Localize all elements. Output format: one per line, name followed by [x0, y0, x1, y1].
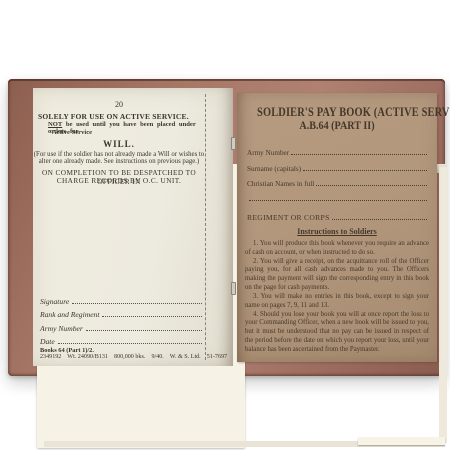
- photo-of-pay-book: 20 SOLELY FOR USE ON ACTIVE SERVICE. NOT…: [0, 0, 450, 450]
- dotted-rule: [102, 316, 202, 317]
- imprint-book-ref: Books 64 (Part 1)/2.: [40, 347, 94, 354]
- christian-names-label: Christian Names in full: [247, 180, 314, 188]
- army-number-field: Army Number: [40, 319, 202, 333]
- dotted-rule: [249, 200, 427, 201]
- army-number-field: Army Number: [247, 142, 427, 157]
- signature-field: Signature: [40, 292, 202, 306]
- army-number-label: Army Number: [40, 324, 83, 333]
- signature-label: Signature: [40, 297, 69, 306]
- surname-field: Surname (capitals): [247, 157, 427, 173]
- imprint-print-codes: 2349192 Wt. 24090/B131 800,000 bks. 9/40…: [40, 354, 227, 360]
- right-page-pay-book-cover: SOLDIER'S PAY BOOK (ACTIVE SERVICE) A.B.…: [237, 93, 437, 362]
- instructions-title: Instructions to Soldiers: [237, 227, 437, 236]
- instruction-2: 2. You will give a receipt, on the acqui…: [245, 258, 429, 293]
- bottom-right-page-edge: [358, 437, 445, 445]
- dotted-rule: [332, 219, 427, 220]
- not-word: NOT: [48, 121, 62, 128]
- dotted-rule: [316, 185, 427, 186]
- pay-book-title: SOLDIER'S PAY BOOK (ACTIVE SERVICE): [257, 104, 417, 120]
- identity-fields: Army Number Surname (capitals) Christian…: [247, 142, 427, 222]
- right-page-edge: [439, 167, 447, 443]
- instruction-3: 3. You will make no entries in this book…: [245, 293, 429, 311]
- instructions-paragraphs: 1. You will produce this book whenever y…: [245, 240, 429, 355]
- surname-label: Surname (capitals): [247, 165, 301, 173]
- dotted-rule: [291, 154, 427, 155]
- rank-regiment-field: Rank and Regiment: [40, 306, 202, 320]
- staple-icon: [231, 282, 236, 295]
- dotted-rule: [303, 170, 427, 171]
- christian-names-field: Christian Names in full: [247, 173, 427, 189]
- instruction-1: 1. You will produce this book whenever y…: [245, 240, 429, 258]
- staple-icon: [231, 137, 236, 150]
- will-note-line2: alter one already made. See instructions…: [33, 158, 205, 165]
- instruction-4: 4. Should you lose your book you will at…: [245, 311, 429, 355]
- regiment-corps-field: REGIMENT OR CORPS: [247, 203, 427, 222]
- date-field: Date: [40, 333, 202, 347]
- rank-regiment-label: Rank and Regiment: [40, 310, 99, 319]
- regiment-corps-label: REGIMENT OR CORPS: [247, 213, 330, 222]
- completion-instruction-line2: CHARGE RECORDS BY O.C. UNIT.: [33, 176, 205, 185]
- will-note-line1: (For use if the soldier has not already …: [33, 151, 205, 158]
- army-number-label: Army Number: [247, 149, 289, 157]
- dotted-rule: [72, 303, 202, 304]
- will-title: WILL.: [33, 139, 205, 149]
- dotted-rule: [86, 330, 202, 331]
- active-service-heading: SOLELY FOR USE ON ACTIVE SERVICE.: [38, 112, 189, 121]
- left-page-will-form: 20 SOLELY FOR USE ON ACTIVE SERVICE. NOT…: [33, 88, 233, 366]
- dotted-rule: [58, 343, 202, 344]
- page-number: 20: [33, 100, 205, 109]
- not-used-note-line2: Active Service: [52, 129, 92, 136]
- signature-block: Signature Rank and Regiment Army Number …: [40, 292, 202, 346]
- perforation-dashed-line: [205, 94, 206, 360]
- date-label: Date: [40, 337, 55, 346]
- pay-book-subtitle: A.B.64 (PART II): [249, 120, 425, 132]
- christian-names-continuation: [247, 188, 427, 203]
